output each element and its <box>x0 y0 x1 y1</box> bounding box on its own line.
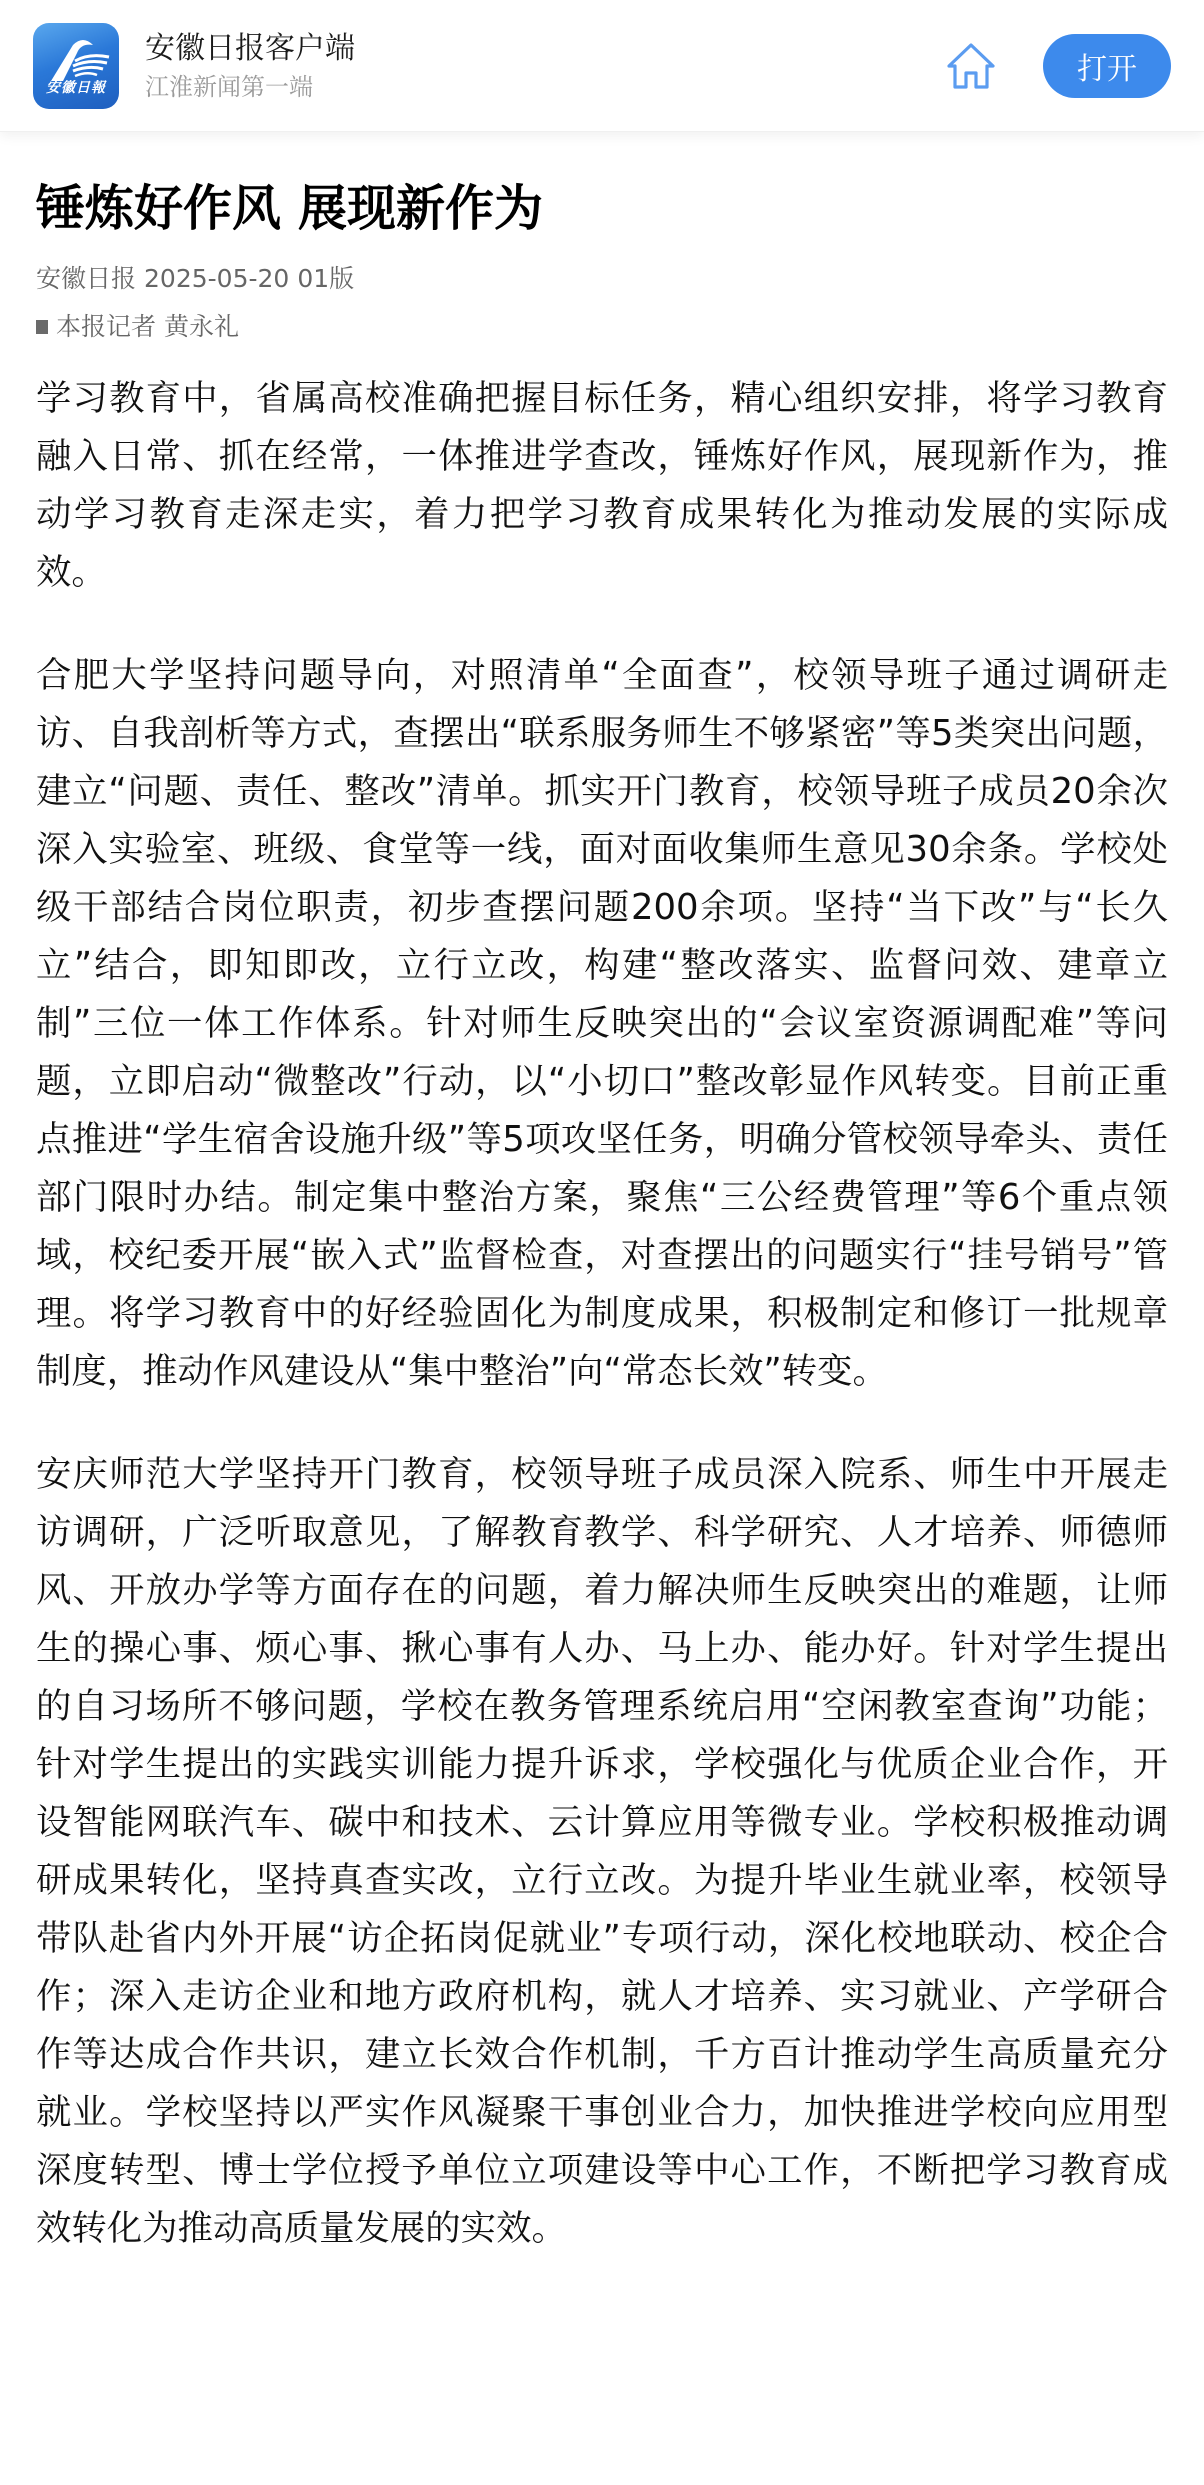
article-title: 锤炼好作风 展现新作为 <box>36 176 1168 242</box>
article-body: 学习教育中，省属高校准确把握目标任务，精心组织安排，将学习教育融入日常、抓在经常… <box>36 370 1168 2258</box>
app-download-banner: 安徽日報 安徽日报客户端 江淮新闻第一端 打开 <box>0 0 1204 132</box>
banner-text: 安徽日报客户端 江淮新闻第一端 <box>145 29 355 103</box>
banner-actions: 打开 <box>945 34 1171 98</box>
article-paragraph: 安庆师范大学坚持开门教育，校领导班子成员深入院系、师生中开展走访调研，广泛听取意… <box>36 1446 1168 2258</box>
article-edition: 01版 <box>297 264 354 293</box>
article-author: 本报记者 黄永礼 <box>36 310 1168 344</box>
article-source: 安徽日报 <box>36 264 136 293</box>
author-bullet-icon <box>36 320 48 334</box>
article-meta: 安徽日报2025-05-2001版 <box>36 262 1168 296</box>
article: 锤炼好作风 展现新作为 安徽日报2025-05-2001版 本报记者 黄永礼 学… <box>0 132 1204 2298</box>
article-paragraph: 合肥大学坚持问题导向，对照清单“全面查”，校领导班子通过调研走访、自我剖析等方式… <box>36 647 1168 1401</box>
author-name: 本报记者 黄永礼 <box>56 310 239 344</box>
logo-text: 安徽日報 <box>33 77 119 97</box>
home-icon[interactable] <box>945 42 997 90</box>
open-app-button[interactable]: 打开 <box>1043 34 1171 98</box>
app-slogan: 江淮新闻第一端 <box>145 71 355 103</box>
app-name: 安徽日报客户端 <box>145 29 355 69</box>
article-date: 2025-05-20 <box>144 264 289 293</box>
app-logo[interactable]: 安徽日報 <box>33 23 119 109</box>
article-paragraph: 学习教育中，省属高校准确把握目标任务，精心组织安排，将学习教育融入日常、抓在经常… <box>36 370 1168 602</box>
